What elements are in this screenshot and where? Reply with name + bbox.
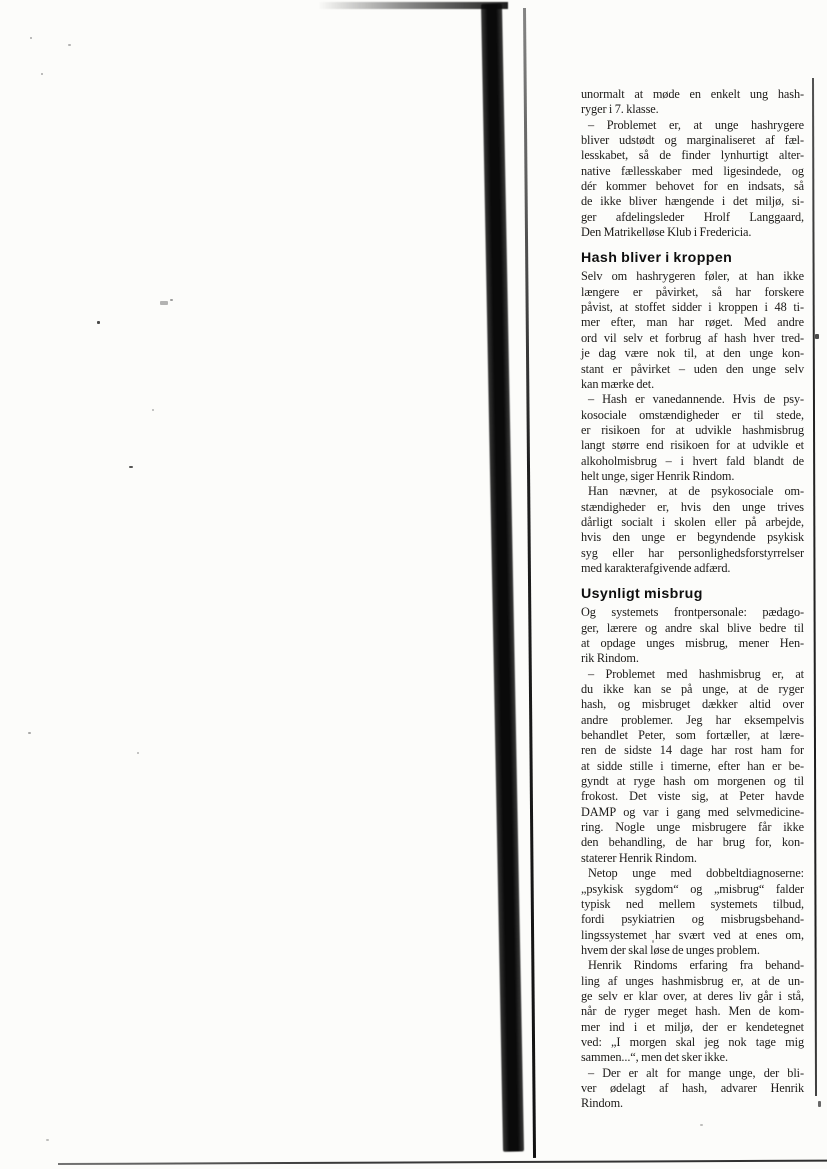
article-line: du ikke kan se på unge, at de ryger — [581, 682, 804, 697]
article-line: ryger i 7. klasse. — [581, 102, 804, 117]
article-line: ren de sidste 14 dage har rost ham for — [581, 743, 804, 758]
article-paragraph: Henrik Rindoms erfaring fra behand-ling … — [581, 958, 804, 1065]
article-paragraph: Han nævner, at de psykosociale om-stændi… — [581, 484, 804, 576]
article-line: frokost. Det viste sig, at Peter havde — [581, 789, 804, 804]
article-paragraph: Og systemets frontpersonale: pædago-ger,… — [581, 605, 804, 666]
article-line: mer efter, man har røget. Med andre — [581, 315, 804, 330]
article-line: ge selv er klar over, at deres liv går i… — [581, 989, 804, 1004]
article-line: staterer Henrik Rindom. — [581, 851, 804, 866]
article-line: ring. Nogle unge misbrugere får ikke — [581, 820, 804, 835]
article-line: je dag være nok til, at den unge kon- — [581, 346, 804, 361]
article-line: fordi psykiatrien og misbrugsbehand- — [581, 912, 804, 927]
article-line: mer ind i et miljø, der er kendetegnet — [581, 1020, 804, 1035]
article-line: med karakterafgivende adfærd. — [581, 561, 804, 576]
article-line: Netop unge med dobbeltdiagnoserne: — [581, 866, 804, 881]
article-paragraph: Netop unge med dobbeltdiagnoserne:„psyki… — [581, 866, 804, 958]
article-line: hvem der skal løse de unges problem. — [581, 943, 804, 958]
scan-fold-line — [523, 8, 536, 1158]
article-line: – Problemet med hashmisbrug er, at — [581, 667, 804, 682]
article-line: ved: „I morgen skal jeg nok tage mig — [581, 1035, 804, 1050]
scan-spine-bar — [481, 4, 524, 1152]
article-line: den behandling, de har brug for, kon- — [581, 835, 804, 850]
article-line: syg eller har personlighedsforstyrrelser — [581, 546, 804, 561]
article-line: behandlet Peter, som fortæller, at lære- — [581, 728, 804, 743]
article-line: Selv om hashrygeren føler, at han ikke — [581, 269, 804, 284]
article-line: gyndt at ryge hash om morgenen og til — [581, 774, 804, 789]
scanned-page: unormalt at møde en enkelt ung hash-ryge… — [0, 0, 827, 1169]
article-line: dårligt socialt i skolen eller på arbejd… — [581, 515, 804, 530]
article-line: – Problemet er, at unge hashrygere — [581, 118, 804, 133]
article-line: – Der er alt for mange unge, der bli- — [581, 1066, 804, 1081]
article-paragraph: Selv om hashrygeren føler, at han ikkelæ… — [581, 269, 804, 392]
article-line: hash, og misbruget dækker altid over — [581, 697, 804, 712]
article-line: kan mærke det. — [581, 377, 804, 392]
article-line: at opdage unges misbrug, mener Hen- — [581, 636, 804, 651]
scan-speck — [97, 321, 100, 324]
scan-speck — [41, 73, 43, 75]
article-line: DAMP og var i gang med selvmedicine- — [581, 805, 804, 820]
article-line: stant er påvirket – uden den unge selv — [581, 362, 804, 377]
scan-speck — [700, 1124, 703, 1126]
article-line: de ikke bliver hængende i det miljø, si- — [581, 194, 804, 209]
article-line: typisk ned mellem systemets tilbud, — [581, 897, 804, 912]
article-line: ord vil selv et forbrug af hash hver tre… — [581, 331, 804, 346]
article-paragraph: – Hash er vanedannende. Hvis de psy-koso… — [581, 392, 804, 484]
article-line: er risikoen for at udvikle hashmisbrug — [581, 423, 804, 438]
scan-bottom-edge-line — [58, 1160, 827, 1165]
article-line: Og systemets frontpersonale: pædago- — [581, 605, 804, 620]
article-paragraph: – Problemet med hashmisbrug er, atdu ikk… — [581, 667, 804, 866]
article-line: alkoholmisbrug – i hvert fald blandt de — [581, 454, 804, 469]
article-line: stændigheder er, hvis den unge trives — [581, 500, 804, 515]
article-line: Den Matrikelløse Klub i Fredericia. — [581, 225, 804, 240]
article-line: langt større end risikoen for at udvikle… — [581, 438, 804, 453]
article-paragraph: – Problemet er, at unge hashrygerebliver… — [581, 118, 804, 241]
scan-speck — [30, 37, 32, 39]
article-line: påvist, at stoffet sidder i kroppen i 48… — [581, 300, 804, 315]
article-line: længere er påvirket, så har forskere — [581, 285, 804, 300]
article-line: Henrik Rindoms erfaring fra behand- — [581, 958, 804, 973]
article-line: sammen...“, men det sker ikke. — [581, 1050, 804, 1065]
article-line: lingssystemet har svært ved at enes om, — [581, 928, 804, 943]
scan-speck — [652, 940, 654, 943]
article-line: rik Rindom. — [581, 651, 804, 666]
scan-top-streak — [318, 2, 508, 9]
scan-speck — [818, 1101, 821, 1107]
scan-speck — [160, 301, 168, 305]
article-line: andre problemer. Jeg har eksempelvis — [581, 713, 804, 728]
page-edge-line — [812, 78, 817, 1096]
section-heading: Usynligt misbrug — [581, 586, 804, 602]
article-line: ver ødelagt af hash, advarer Henrik — [581, 1081, 804, 1096]
scan-speck — [28, 732, 31, 734]
scan-speck — [170, 299, 173, 301]
article-line: ling af unges hashmisbrug er, at de un- — [581, 974, 804, 989]
scan-speck — [129, 466, 133, 468]
article-line: bliver udstødt og marginaliseret af fæl- — [581, 133, 804, 148]
article-line: unormalt at møde en enkelt ung hash- — [581, 87, 804, 102]
article-line: – Hash er vanedannende. Hvis de psy- — [581, 392, 804, 407]
scan-speck — [68, 44, 71, 46]
article-line: dér kommer behovet for en indsats, så — [581, 179, 804, 194]
scan-speck — [137, 752, 139, 754]
article-line: Han nævner, at de psykosociale om- — [581, 484, 804, 499]
article-line: native fællesskaber med ligesindede, og — [581, 164, 804, 179]
article-line: ger, lærere og andre skal blive bedre ti… — [581, 621, 804, 636]
scan-speck — [815, 334, 819, 339]
scan-speck — [46, 1139, 49, 1141]
scan-speck — [152, 409, 154, 411]
article-column: unormalt at møde en enkelt ung hash-ryge… — [581, 87, 804, 1112]
article-line: at sidde stille i timerne, efter han er … — [581, 759, 804, 774]
article-line: helt unge, siger Henrik Rindom. — [581, 469, 804, 484]
article-line: ger afdelingsleder Hrolf Langgaard, — [581, 210, 804, 225]
article-paragraph: unormalt at møde en enkelt ung hash-ryge… — [581, 87, 804, 118]
section-heading: Hash bliver i kroppen — [581, 250, 804, 266]
article-line: Rindom. — [581, 1096, 804, 1111]
article-line: hvis den unge er begyndende psykisk — [581, 530, 804, 545]
article-line: lesskabet, så de finder lynhurtigt alter… — [581, 148, 804, 163]
article-line: „psykisk sygdom“ og „misbrug“ falder — [581, 882, 804, 897]
article-line: når de ryger meget hash. Men de kom- — [581, 1004, 804, 1019]
article-line: kosociale omstændigheder er til stede, — [581, 408, 804, 423]
article-paragraph: – Der er alt for mange unge, der bli-ver… — [581, 1066, 804, 1112]
